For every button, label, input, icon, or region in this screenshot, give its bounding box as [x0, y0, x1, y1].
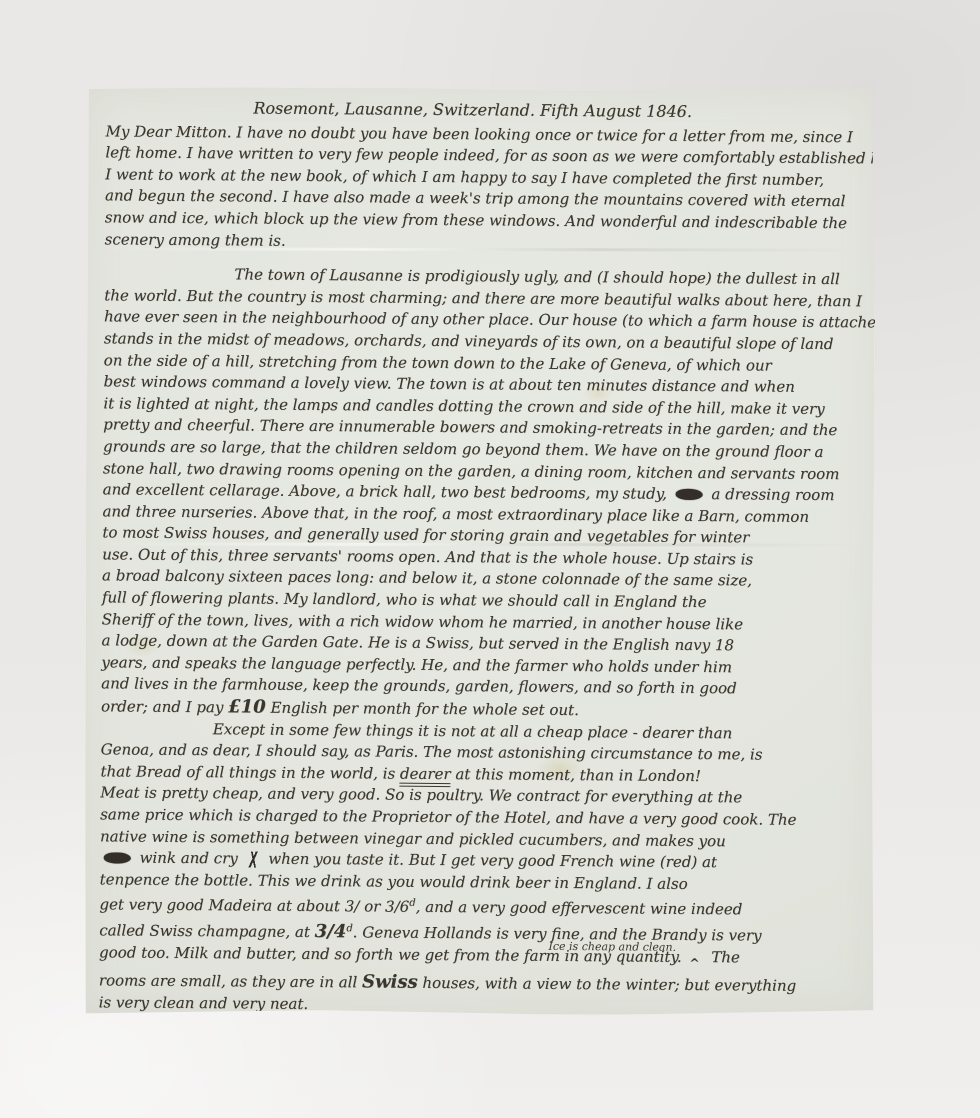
- letter-line: is very clean and very neat.: [99, 992, 859, 1020]
- emphasized-text: Swiss: [362, 972, 418, 993]
- photograph-of-letter: { "photo": { "backdrop_color": "#eae8e6"…: [0, 0, 980, 1118]
- letter-paragraph: The town of Lausanne is prodigiously ugl…: [101, 263, 865, 723]
- emphasized-text: £10: [228, 696, 266, 717]
- letter-line: scenery among them is.: [105, 229, 865, 257]
- letter-paragraph: Except in some few things it is not at a…: [99, 718, 861, 1020]
- insertion-caret: ^: [689, 956, 699, 970]
- ink-blot: [104, 853, 131, 864]
- letter-text: Rosemont, Lausanne, Switzerland. Fifth A…: [99, 96, 866, 1019]
- letter-paragraph: My Dear Mitton. I have no doubt you have…: [105, 121, 866, 257]
- emphasized-text: dearer: [400, 764, 451, 786]
- emphasized-text: 3/4: [315, 921, 347, 942]
- emphasized-text: d: [346, 923, 352, 934]
- emphasized-text: d: [409, 898, 415, 909]
- ink-blot: [676, 489, 703, 500]
- letter-heading: Rosemont, Lausanne, Switzerland. Fifth A…: [106, 96, 866, 124]
- letter-paragraphs: My Dear Mitton. I have no doubt you have…: [99, 121, 866, 1020]
- letter-sheet: Rosemont, Lausanne, Switzerland. Fifth A…: [84, 86, 876, 1015]
- ink-scratch: [247, 852, 258, 868]
